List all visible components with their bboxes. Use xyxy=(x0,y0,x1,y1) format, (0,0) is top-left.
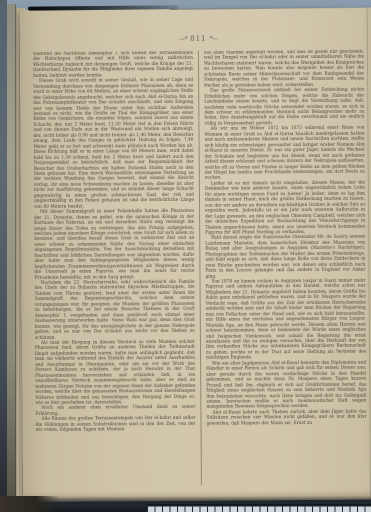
paragraph: Nachdem die 22. Herrscherreihe, sehr wah… xyxy=(35,280,195,341)
paragraph: aus allen Ständen angefüllt worden, und … xyxy=(204,50,364,89)
paragraph: Abd el-Rasul kehrte nach Theben zurück, … xyxy=(206,409,366,426)
running-head: —·* 811 *·— xyxy=(33,34,364,44)
paragraph: Als man der Bergung in diesem Versteck s… xyxy=(35,340,195,407)
header-ornament-left: —·* xyxy=(179,36,187,43)
book-cover-edge xyxy=(7,4,16,512)
paragraph: Bald darauf zeigte der französische Orie… xyxy=(205,235,365,280)
paragraph: Das große Felsenversteck enthielt bei se… xyxy=(204,88,364,127)
paragraph: Alle Räume des großen Terrassentempels v… xyxy=(35,416,195,433)
page-number: 811 xyxy=(190,35,206,43)
book-page: —·* 811 *·— während die Nachblüte Amenop… xyxy=(20,8,371,502)
text-column-right: aus allen Ständen angefüllt worden, und … xyxy=(198,50,367,485)
two-column-text-block: während die Nachblüte Amenophis' I. sich… xyxy=(33,50,367,486)
paragraph: Von 1878 an kamen sodann in Aegypten (so… xyxy=(206,279,367,362)
paragraph: Dieses Grab wich sowohl in seiner Gestal… xyxy=(33,78,194,210)
text-column-left: während die Nachblüte Amenophis' I. sich… xyxy=(33,51,201,486)
paragraph: Mit dieser Sammelgruft in einer Felsenha… xyxy=(34,209,194,281)
header-ornament-right: *·— xyxy=(210,36,218,43)
paragraph: Als wir uns im Winter 1872 bis 1873 währ… xyxy=(204,126,364,182)
book-spine-edge xyxy=(0,0,7,512)
measuring-ruler xyxy=(147,505,371,512)
paragraph: Wie ein alter Jagdgenosse Abd el-Rasul b… xyxy=(206,360,366,410)
book-photo-background: —·* 811 *·— während die Nachblüte Amenop… xyxy=(0,0,371,512)
printed-area: —·* 811 *·— während die Nachblüte Amenop… xyxy=(33,30,367,488)
paragraph: während die Nachblüte Amenophis' I. sich… xyxy=(33,51,193,79)
paragraph: Leider ist es mir damals nicht eingefall… xyxy=(205,180,365,236)
book-cover-corner xyxy=(0,496,60,512)
